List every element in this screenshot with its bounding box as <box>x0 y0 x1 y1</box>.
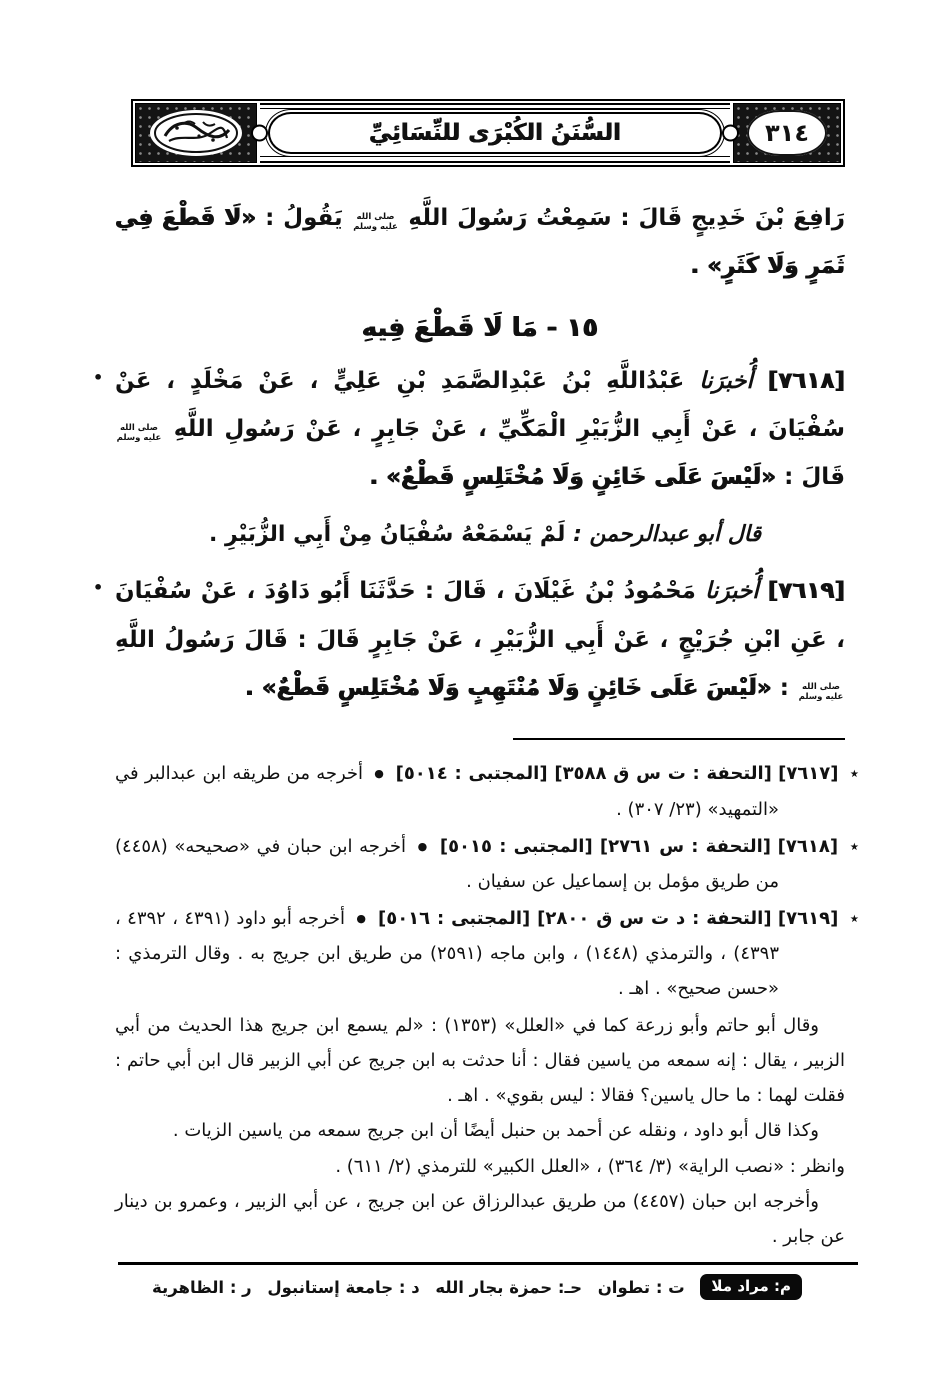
footnote-paragraph: وأخرجه ابن حبان (٤٤٥٧) من طريق عبدالرزاق… <box>115 1184 845 1254</box>
opening-continuation-line: رَافِعَ بْنَ خَدِيجٍ قَالَ : سَمِعْتُ رَ… <box>115 194 845 291</box>
footnote-refs: [التحفة : س ٢٧٦١] [المجتبى : ٥٠١٥] <box>440 836 771 857</box>
asterisk-icon: ٭ <box>850 909 859 929</box>
opening-text: رَافِعَ بْنَ خَدِيجٍ قَالَ : سَمِعْتُ رَ… <box>408 205 845 231</box>
footnote-number: [٧٦١٩] <box>778 908 838 929</box>
bullet-icon: • <box>93 370 103 386</box>
asterisk-icon: ٭ <box>850 837 859 857</box>
asterisk-icon: ٭ <box>850 764 859 784</box>
sigla-zahiriyya: ر : الظاهرية <box>152 1278 252 1297</box>
hadith-paragraph-7619: • [٧٦١٩] أُخبرَنا مَحْمُودُ بْنُ غَيْلَا… <box>115 567 845 712</box>
sigla-tetouan: ت : تطوان <box>598 1278 685 1297</box>
book-title: السُّنَنُ الكُبْرَى للنِّسَائِيِّ <box>369 120 621 146</box>
footnote-entry-7618: ٭ [٧٦١٨] [التحفة : س ٢٧٦١] [المجتبى : ٥٠… <box>115 829 845 899</box>
editor-note-text: لَمْ يَسْمَعْهُ سُفْيَانُ مِنْ أَبِي الز… <box>209 522 565 547</box>
footnote-paragraph: وانظر : «نصب الراية» (٣/ ٣٦٤) ، «العلل ا… <box>115 1149 845 1184</box>
editor-note-intro: قال أبو عبدالرحمن : <box>573 522 761 547</box>
footer-rule <box>118 1262 858 1265</box>
opening-text: يَقُولُ : <box>265 205 343 231</box>
manuscript-sigla-footer: م: مراد ملا ت : تطوان حـ: حمزة بجار الله… <box>152 1274 802 1300</box>
honorific-saw: صلى الله عليه وسلم <box>116 424 162 444</box>
bullet-icon: ● <box>418 840 429 853</box>
sigla-badge-murad-mulla: م: مراد ملا <box>700 1274 802 1300</box>
seal-calligraphy <box>153 112 239 154</box>
sigla-hamza-bajarallah: حـ: حمزة بجار الله <box>435 1278 582 1297</box>
narration-formula: أُخبرَنا <box>705 578 759 604</box>
page-number-box: ٣١٤ <box>733 103 841 163</box>
page-number-cartouche: ٣١٤ <box>747 110 827 156</box>
footnote-refs: [التحفة : د ت س ق ٢٨٠٠] [المجتبى : ٥٠١٦] <box>378 908 772 929</box>
isnad-text: : <box>780 675 789 701</box>
footnote-number: [٧٦١٧] <box>778 763 838 784</box>
footnote-number: [٧٦١٨] <box>778 836 838 857</box>
header-joint-ring-icon <box>722 125 739 142</box>
title-cartouche: السُّنَنُ الكُبْرَى للنِّسَائِيِّ <box>268 112 722 154</box>
editor-note: قال أبو عبدالرحمن : لَمْ يَسْمَعْهُ سُفْ… <box>115 513 845 557</box>
hadith-number: [٧٦١٨] <box>768 368 845 394</box>
footnote-refs: [التحفة : ت س ق ٣٥٨٨] [المجتبى : ٥٠١٤] <box>396 763 772 784</box>
isnad-text: قَالَ : <box>784 464 845 490</box>
footnotes-block: ٭ [٧٦١٧] [التحفة : ت س ق ٣٥٨٨] [المجتبى … <box>115 756 845 1253</box>
chapter-heading: ١٥ - مَا لَا قَطْعَ فِيهِ <box>115 313 845 343</box>
hadith-number: [٧٦١٩] <box>768 578 845 604</box>
bullet-icon: ● <box>356 912 366 925</box>
footnote-paragraph: وقال أبو حاتم وأبو زرعة كما في «العلل» (… <box>115 1008 845 1113</box>
bullet-icon: ● <box>374 767 384 780</box>
publisher-seal-icon <box>150 110 242 156</box>
footnote-paragraph: وكذا قال أبو داود ، ونقله عن أحمد بن حنب… <box>115 1113 845 1148</box>
honorific-saw: صلى الله عليه وسلم <box>798 683 844 703</box>
narration-formula: أُخبرَنا <box>699 368 753 394</box>
hadith-matn: «لَيْسَ عَلَى خَائِنٍ وَلَا مُنْتَهِبٍ و… <box>245 675 772 701</box>
hadith-paragraph-7618: • [٧٦١٨] أُخبرَنا عَبْدُاللَّهِ بْنُ عَب… <box>115 357 845 502</box>
sigla-istanbul-university: د : جامعة إستانبول <box>267 1278 419 1297</box>
footnote-entry-7619: ٭ [٧٦١٩] [التحفة : د ت س ق ٢٨٠٠] [المجتب… <box>115 901 845 1006</box>
page-number: ٣١٤ <box>765 119 809 147</box>
header-title-band: السُّنَنُ الكُبْرَى للنِّسَائِيِّ <box>260 103 730 163</box>
header-joint-ring-icon <box>251 125 268 142</box>
footnote-separator <box>513 738 845 740</box>
honorific-saw: صلى الله عليه وسلم <box>353 213 399 233</box>
hadith-matn: «لَيْسَ عَلَى خَائِنٍ وَلَا مُخْتَلِسٍ ق… <box>369 464 776 490</box>
page-header: السُّنَنُ الكُبْرَى للنِّسَائِيِّ ٣١٤ <box>131 99 845 167</box>
book-page: السُّنَنُ الكُبْرَى للنِّسَائِيِّ ٣١٤ رَ… <box>0 0 952 1387</box>
publisher-seal-box <box>135 103 257 163</box>
bullet-icon: • <box>93 580 103 596</box>
footnote-entry-7617: ٭ [٧٦١٧] [التحفة : ت س ق ٣٥٨٨] [المجتبى … <box>115 756 845 826</box>
main-text-column: رَافِعَ بْنَ خَدِيجٍ قَالَ : سَمِعْتُ رَ… <box>115 194 845 1254</box>
